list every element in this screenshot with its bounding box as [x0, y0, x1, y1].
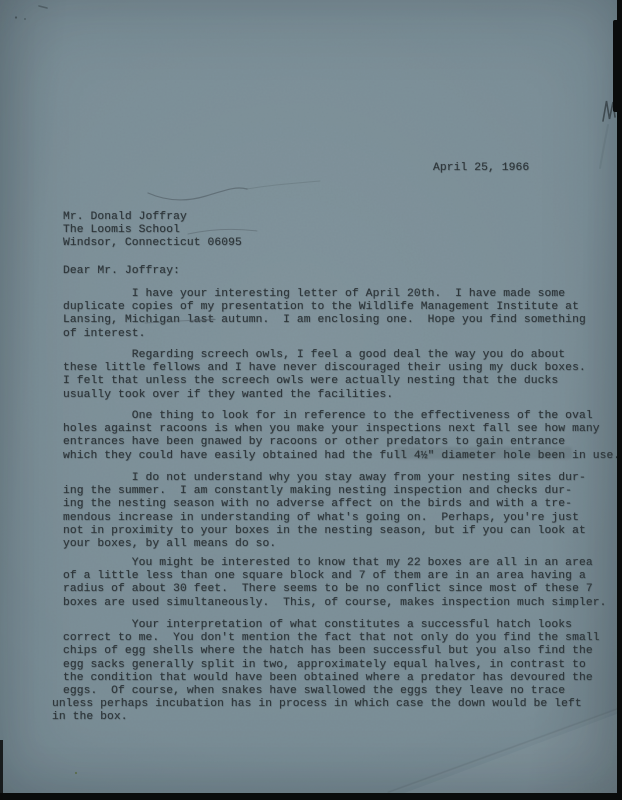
paragraph: You might be interested to know that my …	[63, 557, 606, 610]
paragraph-continuation: unless perhaps incubation has in process…	[52, 698, 582, 724]
scanned-letter-page: April 25, 1966 Mr. Donald Joffray The Lo…	[0, 0, 622, 800]
paragraph: I do not understand why you stay away fr…	[63, 472, 586, 551]
salutation: Dear Mr. Joffray:	[63, 265, 180, 278]
paragraph: I have your interesting letter of April …	[63, 288, 586, 341]
scan-edge-bottom	[0, 793, 622, 800]
scan-edge-right	[617, 0, 622, 800]
scan-edge-left	[0, 740, 3, 800]
scan-edge-right-notch	[613, 20, 622, 112]
paragraph: Regarding screech owls, I feel a good de…	[63, 349, 586, 402]
letter-date: April 25, 1966	[433, 162, 529, 175]
recipient-address: Mr. Donald Joffray The Loomis School Win…	[63, 211, 242, 251]
paragraph: Your interpretation of what constitutes …	[63, 619, 600, 698]
overstrike-smudge	[396, 447, 572, 459]
